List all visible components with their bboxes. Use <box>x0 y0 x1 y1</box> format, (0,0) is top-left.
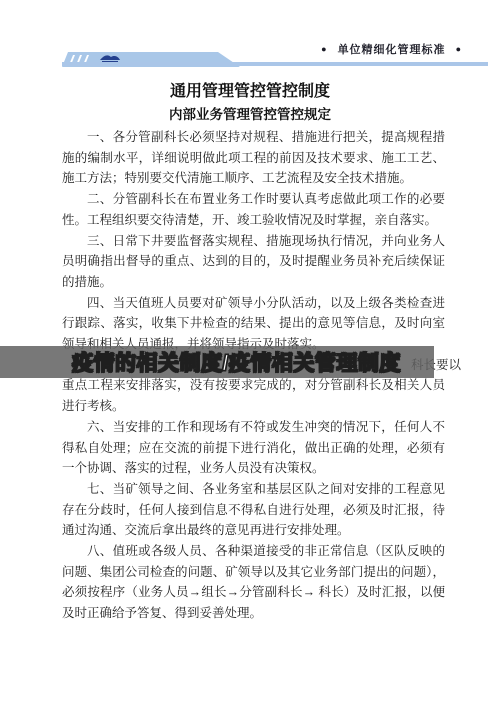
bullet-icon: ● <box>456 44 462 54</box>
paragraph-5-visible-text: 重点工程来安排落实，没有按要求完成的，对分管副科长及相关人员进行考核。 <box>62 375 445 416</box>
paragraph-7: 七、当矿领导之间、各业务室和基层区队之间对安排的工程意见存在分歧时，任何人接到信… <box>62 479 445 541</box>
overlay-title: 疫情的相关制度/疫情相关管理制度 <box>0 347 401 377</box>
header-rule <box>62 62 488 66</box>
overlay-banner: 疫情的相关制度/疫情相关管理制度 <box>0 346 434 378</box>
bullet-icon: ● <box>321 44 327 54</box>
paragraph-1: 一、各分管副科长必须坚持对规程、措施进行把关，提高规程措施的编制水平，详细说明做… <box>62 127 445 189</box>
paragraph-3: 三、日常下井要监督落实规程、措施现场执行情况，并向业务人员明确指出督导的重点、达… <box>62 231 445 293</box>
paragraph-2: 二、分管副科长在布置业务工作时要认真考虑做此项工作的必要性。工程组织要交待清楚，… <box>62 189 445 230</box>
page-header: ●单位精细化管理标准● <box>0 0 500 78</box>
doc-title: 通用管理管控管控制度 <box>0 80 500 104</box>
standard-label-text: 单位精细化管理标准 <box>338 44 446 56</box>
doc-subtitle: 内部业务管理管控管控规定 <box>0 104 500 125</box>
paragraph-6: 六、当安排的工作和现场有不符或发生冲突的情况下，任何人不得私自处理；应在交流的前… <box>62 417 445 479</box>
header-standard-label: ●单位精细化管理标准● <box>321 41 462 57</box>
document-page: ●单位精细化管理标准● 通用管理管控管控制度 内部业务管理管控管控规定 一、各分… <box>0 0 500 728</box>
paragraph-8: 八、值班或各级人员、各种渠道接受的非正常信息（区队反映的问题、集团公司检查的问题… <box>62 541 445 624</box>
